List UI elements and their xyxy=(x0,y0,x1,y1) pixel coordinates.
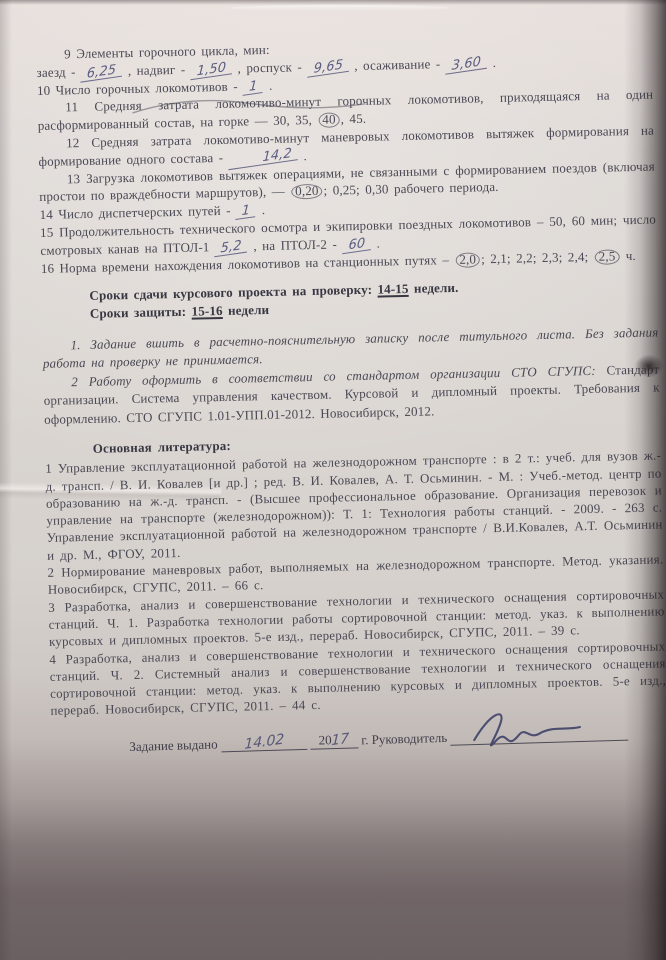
issued-label: Задание выдано xyxy=(129,736,218,754)
notes-block: 1. Задание вшить в расчетно-пояснительну… xyxy=(42,323,660,428)
item-13-circled-value: 0,20 xyxy=(291,184,323,200)
item-16-circled-value-2: 2,5 xyxy=(595,249,620,265)
literature-ref-1: 1 Управление эксплуатационной работой на… xyxy=(45,448,663,565)
literature-section: Основная литература: 1 Управление эксплу… xyxy=(45,428,666,720)
photo-right-shadow xyxy=(624,0,666,960)
nadvig-label: , надвиг - xyxy=(122,61,190,77)
rospusk-label: , роспуск - xyxy=(232,59,307,76)
item-16-circled-value-1: 2,0 xyxy=(455,252,480,268)
deadlines-block: Сроки сдачи курсового проекта на проверк… xyxy=(89,275,658,323)
signature-field xyxy=(450,723,628,745)
ptol-2-handwritten-value: 60 xyxy=(342,237,371,254)
zaezd-label: заезд - xyxy=(36,64,81,80)
year-handwritten: 17 xyxy=(331,730,349,749)
footer-line: Задание выдано 14.02 2017 г. Руководител… xyxy=(129,722,666,754)
document-photo: 9 Элементы горочного цикла, мин: заезд -… xyxy=(0,0,666,960)
item-9-text: 9 Элементы горочного цикла, мин: xyxy=(64,42,270,61)
item-14-handwritten-value: 1 xyxy=(236,204,257,220)
paper-glare-streak xyxy=(230,5,450,11)
year-field: 2017 xyxy=(310,731,358,749)
osazhivanie-label: , осаживание - xyxy=(349,56,446,73)
osazhivanie-handwritten-value: 3,60 xyxy=(446,55,488,74)
issued-date-field: 14.02 xyxy=(221,733,307,752)
supervisor-label: Руководитель xyxy=(371,730,447,747)
issued-date-handwritten: 14.02 xyxy=(244,731,284,753)
defense-weeks: 15-16 xyxy=(191,303,222,319)
ptol-1-handwritten-value: 5,2 xyxy=(215,239,249,257)
signature-icon xyxy=(467,703,588,752)
submission-weeks: 14-15 xyxy=(377,281,408,297)
document-body: 9 Элементы горочного цикла, мин: заезд -… xyxy=(36,33,666,755)
rospusk-handwritten-value: 9,65 xyxy=(307,58,349,77)
item-10-handwritten-value: 1 xyxy=(243,79,264,95)
item-11-circled-value: 40 xyxy=(318,113,340,128)
